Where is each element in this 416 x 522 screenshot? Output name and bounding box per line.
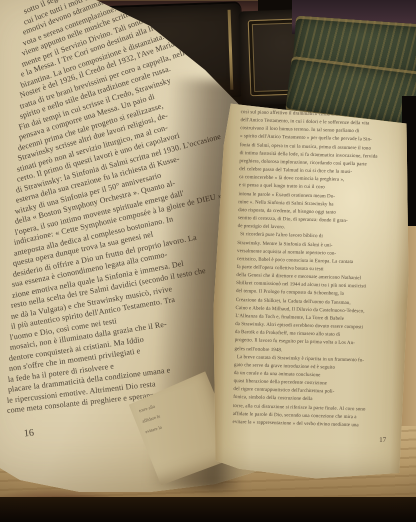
bookshelf-photo: ROME sotto il segno dell'assoluta e divi… <box>0 0 416 522</box>
right-page-text: così sul piano affettivo il drammatico c… <box>232 109 412 431</box>
spine-gold-band <box>228 10 234 90</box>
left-page-number: 16 <box>23 428 34 440</box>
shelf-front-edge <box>0 497 416 522</box>
right-page-number: 17 <box>379 436 386 444</box>
right-page: così sul piano affettivo il drammatico c… <box>207 99 415 484</box>
